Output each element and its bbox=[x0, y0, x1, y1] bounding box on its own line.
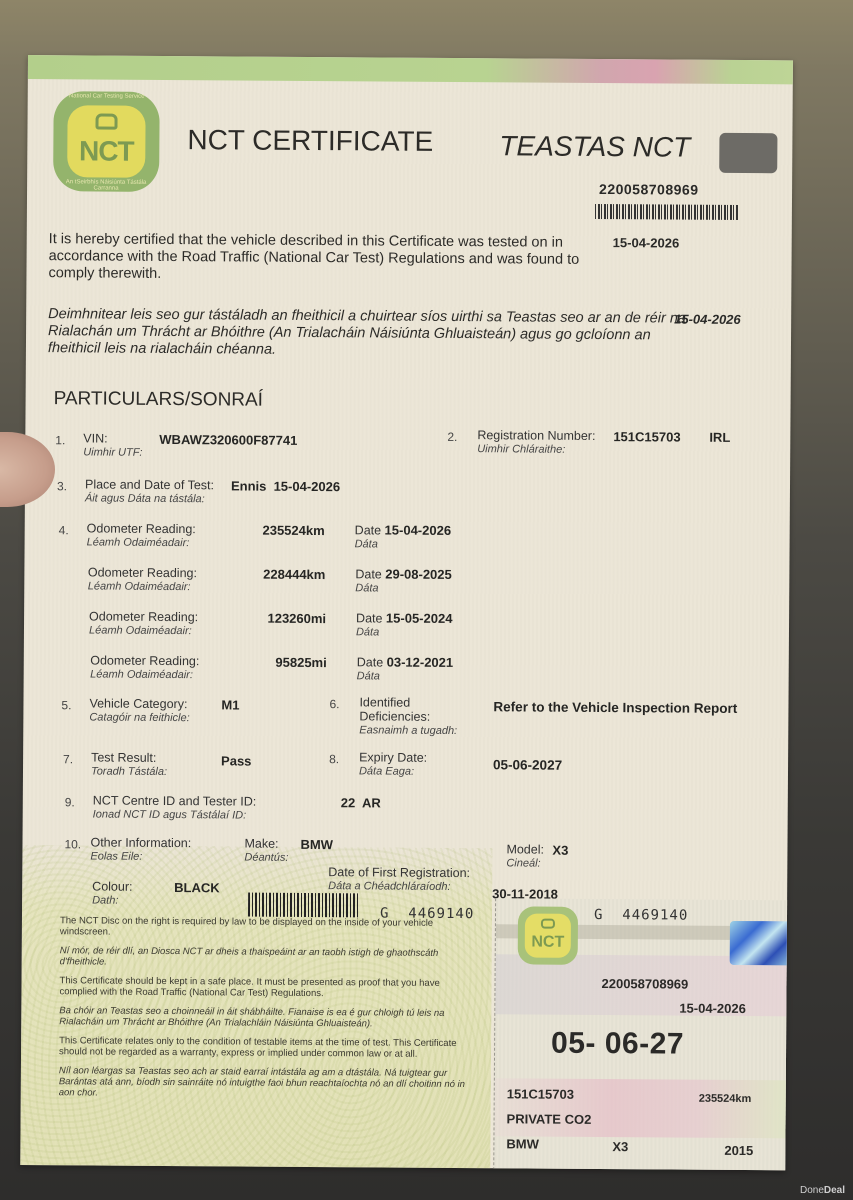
odometer-value: 228444km bbox=[263, 567, 325, 582]
colour-label: Colour: Dath: bbox=[92, 879, 132, 907]
odometer-label: Odometer Reading:Léamh Odaiméadair: bbox=[88, 565, 197, 594]
vin-label: VIN: Uimhir UTF: bbox=[83, 431, 142, 459]
top-color-band bbox=[28, 55, 793, 84]
field-number: 5. bbox=[61, 698, 71, 712]
registration-value: 151C15703 bbox=[613, 429, 680, 444]
result-label: Test Result: Toradh Tástála: bbox=[91, 750, 167, 779]
legal-note: Níl aon léargas sa Teastas seo ach ar st… bbox=[59, 1065, 479, 1101]
certificate-number: 220058708969 bbox=[599, 181, 699, 198]
disc-logo-text: NCT bbox=[525, 933, 571, 951]
legal-note: This Certificate relates only to the con… bbox=[59, 1035, 479, 1060]
logo-ring-text-bottom: An tSeirbhís Náisiúnta Tástála Carranna bbox=[53, 179, 159, 192]
deficiencies-label: Identified Deficiencies: Easnaimh a tuga… bbox=[359, 695, 457, 738]
odometer-date: Date 29-08-2025Dáta bbox=[355, 567, 452, 596]
field-number: 1. bbox=[55, 433, 65, 447]
car-icon bbox=[541, 919, 555, 929]
category-label: Vehicle Category: Catagóir na feithicle: bbox=[89, 696, 189, 725]
first-registration-label: Date of First Registration: Dáta a Chéad… bbox=[328, 865, 470, 894]
odometer-value: 95825mi bbox=[275, 655, 326, 670]
centre-label: NCT Centre ID and Tester ID: Ionad NCT I… bbox=[93, 793, 257, 822]
intro-date-english: 15-04-2026 bbox=[613, 235, 680, 250]
place-date-value: Ennis 15-04-2026 bbox=[231, 478, 340, 494]
intro-english: It is hereby certified that the vehicle … bbox=[48, 231, 608, 286]
logo-ring-text-top: National Car Testing Service bbox=[54, 93, 160, 100]
result-value: Pass bbox=[221, 753, 251, 768]
registration-label: Registration Number: Uimhir Chláraithe: bbox=[477, 428, 595, 457]
disc-category: PRIVATE CO2 bbox=[507, 1111, 592, 1127]
model-value: X3 bbox=[552, 843, 568, 858]
field-number: 6. bbox=[329, 697, 339, 711]
legal-notes: The NCT Disc on the right is required by… bbox=[59, 915, 480, 1109]
field-number: 7. bbox=[63, 752, 73, 766]
title-english: NCT CERTIFICATE bbox=[187, 124, 433, 158]
field-number: 3. bbox=[57, 479, 67, 493]
place-date-label: Place and Date of Test: Áit agus Dáta na… bbox=[85, 477, 214, 506]
field-number: 9. bbox=[65, 795, 75, 809]
make-label: Make: Déantús: bbox=[244, 837, 288, 865]
disc-make: BMW bbox=[506, 1136, 539, 1151]
vin-value: WBAWZ320600F87741 bbox=[159, 432, 297, 448]
logo-text: NCT bbox=[67, 135, 145, 168]
donedeal-watermark: DoneDeal bbox=[800, 1185, 845, 1196]
odometer-label: Odometer Reading:Léamh Odaiméadair: bbox=[90, 653, 199, 682]
nct-certificate: National Car Testing Service NCT An tSei… bbox=[20, 55, 793, 1170]
model-label: Model: Cineál: bbox=[506, 842, 544, 870]
intro-date-irish: 15-04-2026 bbox=[674, 312, 741, 327]
title-irish: TEASTAS NCT bbox=[499, 130, 690, 163]
disc-serial-number: G 4469140 bbox=[594, 907, 688, 924]
odometer-date: Date 03-12-2021Dáta bbox=[357, 655, 454, 684]
field-number: 8. bbox=[329, 752, 339, 766]
legal-note: This Certificate should be kept in a saf… bbox=[59, 975, 479, 1000]
legal-note: Ba chóir an Teastas seo a choinneáil in … bbox=[59, 1005, 479, 1030]
watermark-part1: Done bbox=[800, 1185, 824, 1196]
nct-disc: NCT G 4469140 220058708969 15-04-2026 05… bbox=[493, 898, 788, 1170]
disc-registration: 151C15703 bbox=[507, 1086, 574, 1101]
category-value: M1 bbox=[221, 697, 239, 712]
odometer-date: Date 15-04-2026Dáta bbox=[355, 523, 452, 552]
legal-note: The NCT Disc on the right is required by… bbox=[60, 915, 480, 940]
disc-odometer: 235524km bbox=[699, 1093, 752, 1105]
centre-value: 22 AR bbox=[341, 795, 381, 810]
registration-country: IRL bbox=[709, 430, 730, 445]
hologram-icon bbox=[730, 921, 793, 965]
disc-certificate-number: 220058708969 bbox=[601, 976, 688, 992]
make-value: BMW bbox=[300, 837, 333, 852]
hologram-patch bbox=[719, 133, 777, 173]
nct-logo: National Car Testing Service NCT An tSei… bbox=[53, 91, 160, 192]
disc-test-date: 15-04-2026 bbox=[679, 1001, 746, 1016]
intro-irish: Deimhnitear leis seo gur tástáladh an fh… bbox=[48, 306, 688, 361]
colour-value: BLACK bbox=[174, 880, 220, 895]
field-number: 2. bbox=[447, 430, 457, 444]
odometer-label: Odometer Reading:Léamh Odaiméadair: bbox=[89, 609, 198, 638]
legal-note: Ní mór, de réir dlí, an Diosca NCT ar dh… bbox=[60, 945, 480, 970]
car-icon bbox=[95, 113, 117, 129]
barcode-icon bbox=[595, 204, 739, 220]
odometer-date: Date 15-05-2024Dáta bbox=[356, 611, 453, 640]
expiry-value: 05-06-2027 bbox=[493, 757, 562, 772]
disc-model: X3 bbox=[612, 1139, 628, 1154]
odometer-label: Odometer Reading:Léamh Odaiméadair: bbox=[87, 521, 196, 550]
particulars-title: PARTICULARS/SONRAÍ bbox=[54, 388, 264, 411]
odometer-value: 235524km bbox=[262, 523, 324, 538]
other-label: Other Information: Eolas Eile: bbox=[90, 835, 191, 864]
expiry-label: Expiry Date: Dáta Eaga: bbox=[359, 750, 427, 778]
watermark-part2: Deal bbox=[824, 1185, 845, 1196]
odometer-value: 123260mi bbox=[267, 611, 326, 626]
deficiencies-value: Refer to the Vehicle Inspection Report bbox=[493, 699, 737, 716]
barcode-icon bbox=[248, 893, 358, 918]
disc-expiry-date: 05- 06-27 bbox=[551, 1027, 684, 1062]
disc-year: 2015 bbox=[724, 1143, 753, 1158]
field-number: 10. bbox=[64, 837, 81, 851]
disc-nct-logo: NCT bbox=[518, 906, 578, 964]
field-number: 4. bbox=[59, 523, 69, 537]
